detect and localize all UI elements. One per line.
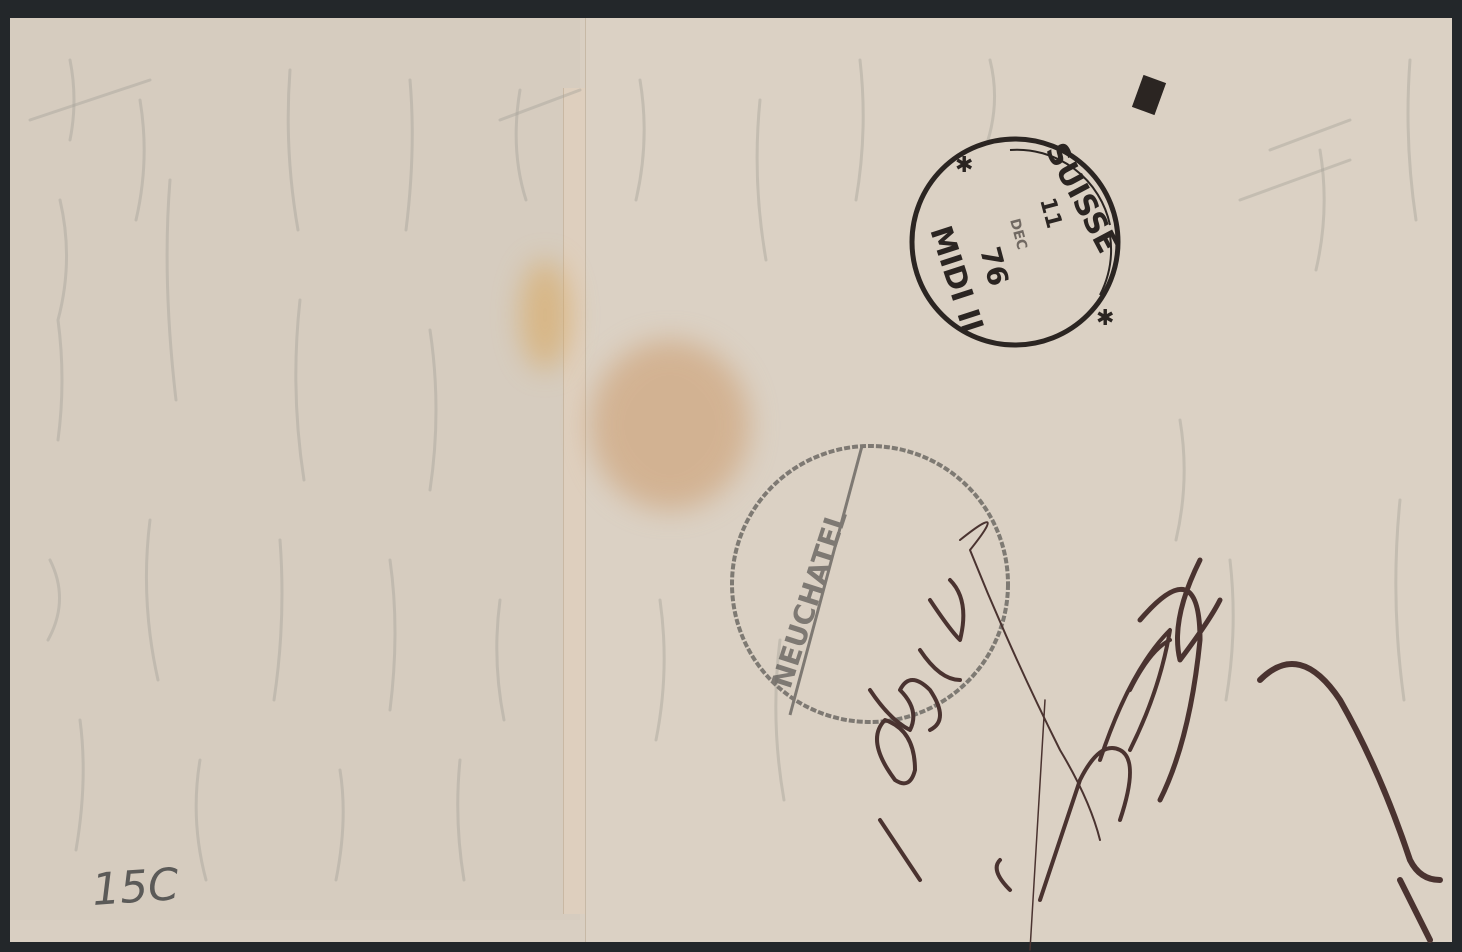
postmark-year: 76 <box>973 243 1015 289</box>
postmark-day: 11 <box>1034 195 1066 231</box>
ink-mark <box>1132 75 1166 115</box>
pencil-note: 15C <box>90 859 180 916</box>
star-icon: ✱ <box>1096 306 1114 331</box>
postmark-city-text: NEUCHATEL <box>765 506 854 692</box>
bleed-through-writing <box>30 60 1416 880</box>
neuchatel-postmark: NEUCHATEL <box>732 446 1008 722</box>
ink-overlay: SUISSE MIDI II 11 DEC 76 ✱ ✱ NEUCHATEL <box>0 0 1462 952</box>
swiss-postmark: SUISSE MIDI II 11 DEC 76 ✱ ✱ <box>912 75 1166 345</box>
postmark-bottom-text: MIDI II <box>922 222 989 337</box>
star-icon: ✱ <box>955 153 973 178</box>
manuscript-docket <box>870 522 1440 950</box>
postmark-month: DEC <box>1006 217 1030 252</box>
